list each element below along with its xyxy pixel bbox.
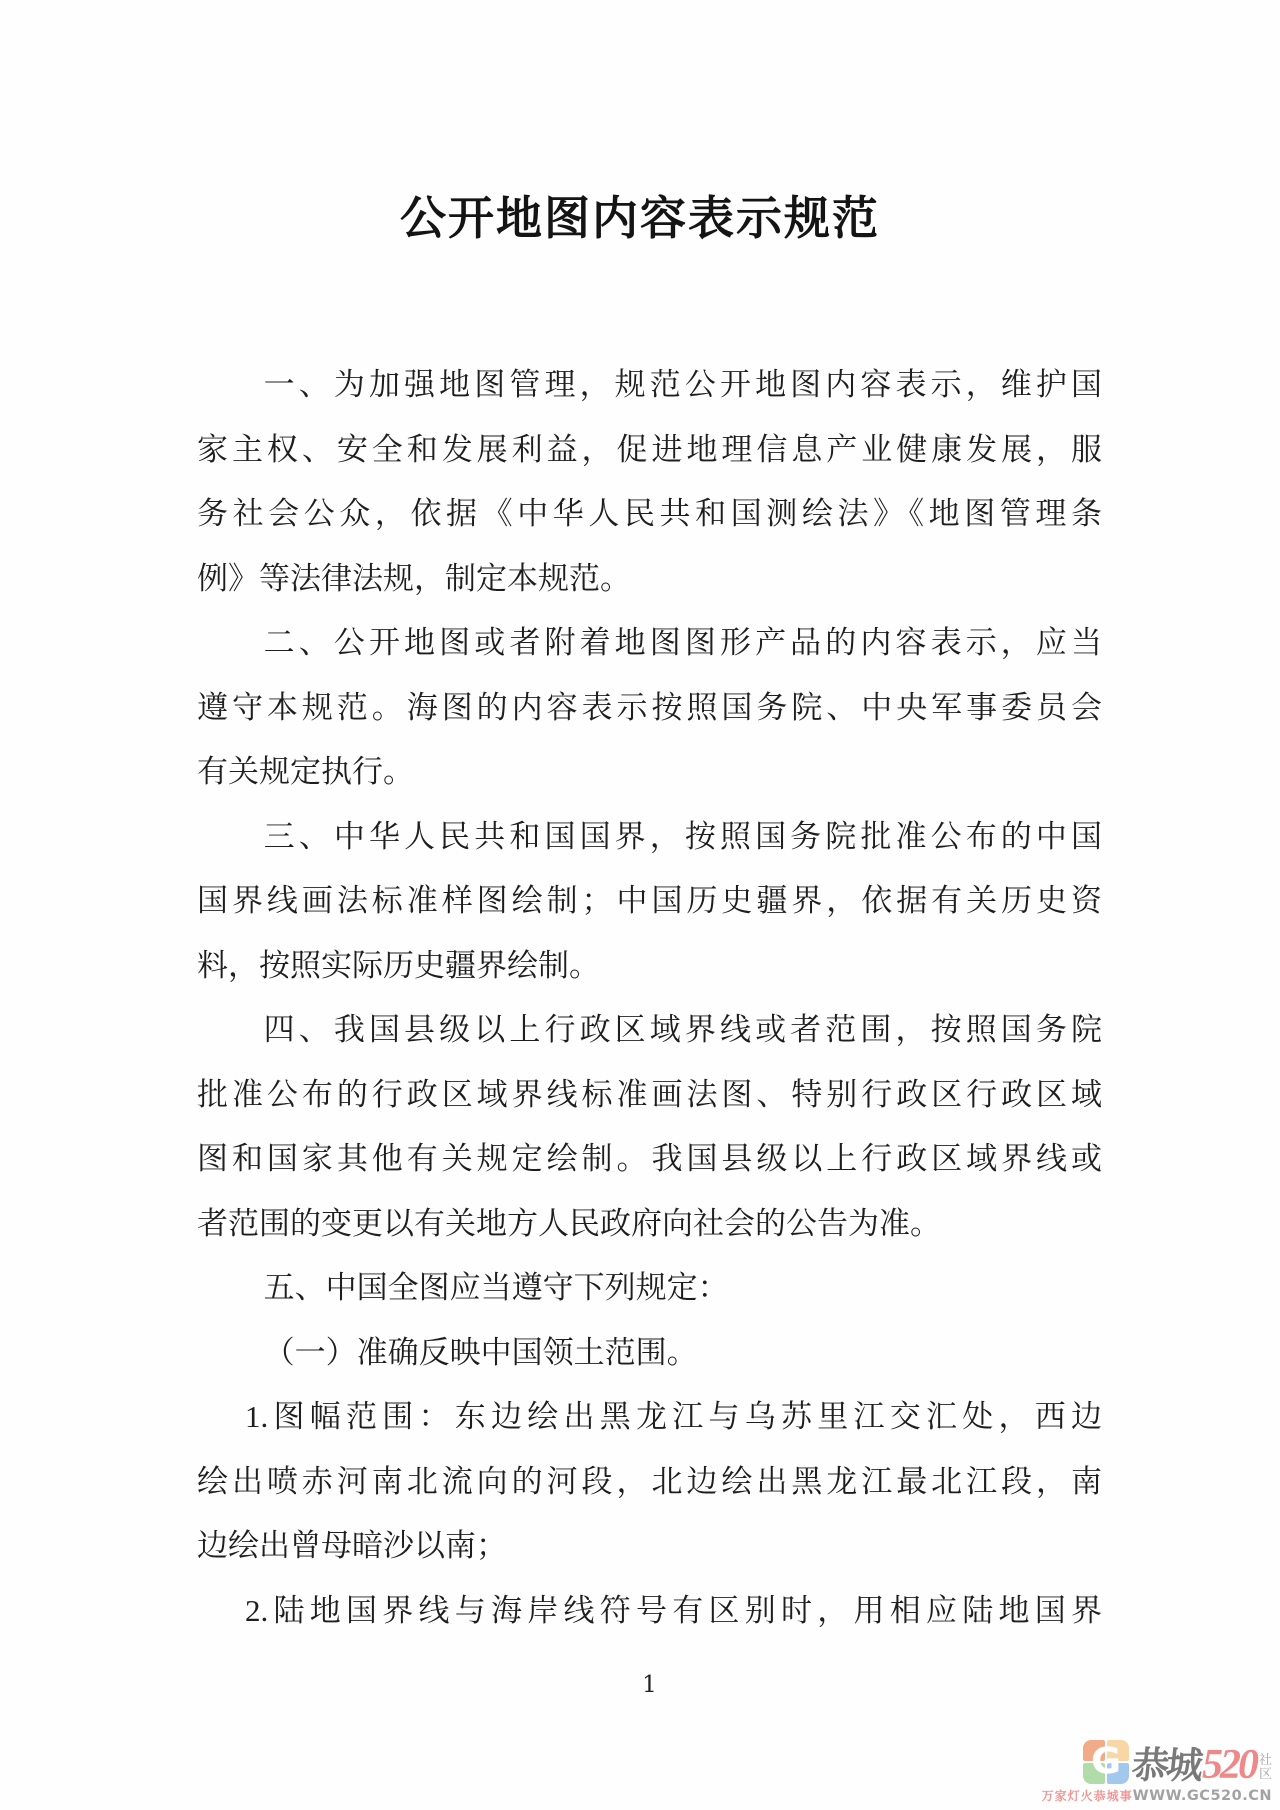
- watermark-community-label: 社 区: [1259, 1754, 1272, 1784]
- text-line: 国界线画法标准样图绘制；中国历史疆界，依据有关历史资: [197, 869, 1102, 934]
- document-body: 一、为加强地图管理，规范公开地图内容表示，维护国家主权、安全和发展利益，促进地理…: [197, 353, 1102, 1643]
- watermark-tagline: 万家灯火恭城事: [1042, 1787, 1133, 1804]
- text-line: 边绘出曾母暗沙以南；: [197, 1514, 1102, 1579]
- text-line: 三、中华人民共和国国界，按照国务院批准公布的中国: [197, 805, 1102, 870]
- watermark-site-name-cn: 恭城: [1130, 1749, 1202, 1784]
- gc520-logo-icon: G: [1083, 1740, 1129, 1784]
- watermark-suffix-bottom: 区: [1259, 1768, 1272, 1782]
- watermark-site-name: 恭城 520: [1132, 1748, 1256, 1784]
- text-line: 遵守本规范。海图的内容表示按照国务院、中央军事委员会: [197, 676, 1102, 741]
- text-line: 1.图幅范围：东边绘出黑龙江与乌苏里江交汇处，西边: [197, 1385, 1102, 1450]
- text-line: 务社会公众，依据《中华人民共和国测绘法》《地图管理条: [197, 482, 1102, 547]
- text-line: 料，按照实际历史疆界绘制。: [197, 934, 1102, 999]
- text-line: 五、中国全图应当遵守下列规定：: [197, 1256, 1102, 1321]
- text-line: （一）准确反映中国领土范围。: [197, 1321, 1102, 1386]
- text-line: 二、公开地图或者附着地图图形产品的内容表示，应当: [197, 611, 1102, 676]
- text-line: 例》等法律法规，制定本规范。: [197, 547, 1102, 612]
- logo-g-glyph: G: [1083, 1740, 1129, 1784]
- watermark-url-row: 万家灯火恭城事 WWW.GC520.CN: [1060, 1787, 1272, 1804]
- document-title: 公开地图内容表示规范: [0, 190, 1280, 248]
- text-line: 四、我国县级以上行政区域界线或者范围，按照国务院: [197, 998, 1102, 1063]
- watermark-site-number: 520: [1202, 1748, 1256, 1784]
- site-watermark: G 恭城 520 社 区 万家灯火恭城事 WWW.GC520.CN: [1060, 1734, 1272, 1804]
- text-line: 家主权、安全和发展利益，促进地理信息产业健康发展，服: [197, 418, 1102, 483]
- text-line: 绘出喷赤河南北流向的河段，北边绘出黑龙江最北江段，南: [197, 1450, 1102, 1515]
- page-number: 1: [197, 1672, 1102, 1698]
- text-line: 2.陆地国界线与海岸线符号有区别时，用相应陆地国界: [197, 1579, 1102, 1644]
- watermark-brand-row: G 恭城 520 社 区: [1060, 1734, 1272, 1784]
- watermark-url: WWW.GC520.CN: [1133, 1788, 1272, 1804]
- text-line: 有关规定执行。: [197, 740, 1102, 805]
- document-page: 公开地图内容表示规范 一、为加强地图管理，规范公开地图内容表示，维护国家主权、安…: [0, 0, 1280, 1810]
- text-line: 批准公布的行政区域界线标准画法图、特别行政区行政区域: [197, 1063, 1102, 1128]
- watermark-suffix-top: 社: [1259, 1754, 1272, 1768]
- text-line: 者范围的变更以有关地方人民政府向社会的公告为准。: [197, 1192, 1102, 1257]
- text-line: 一、为加强地图管理，规范公开地图内容表示，维护国: [197, 353, 1102, 418]
- text-line: 图和国家其他有关规定绘制。我国县级以上行政区域界线或: [197, 1127, 1102, 1192]
